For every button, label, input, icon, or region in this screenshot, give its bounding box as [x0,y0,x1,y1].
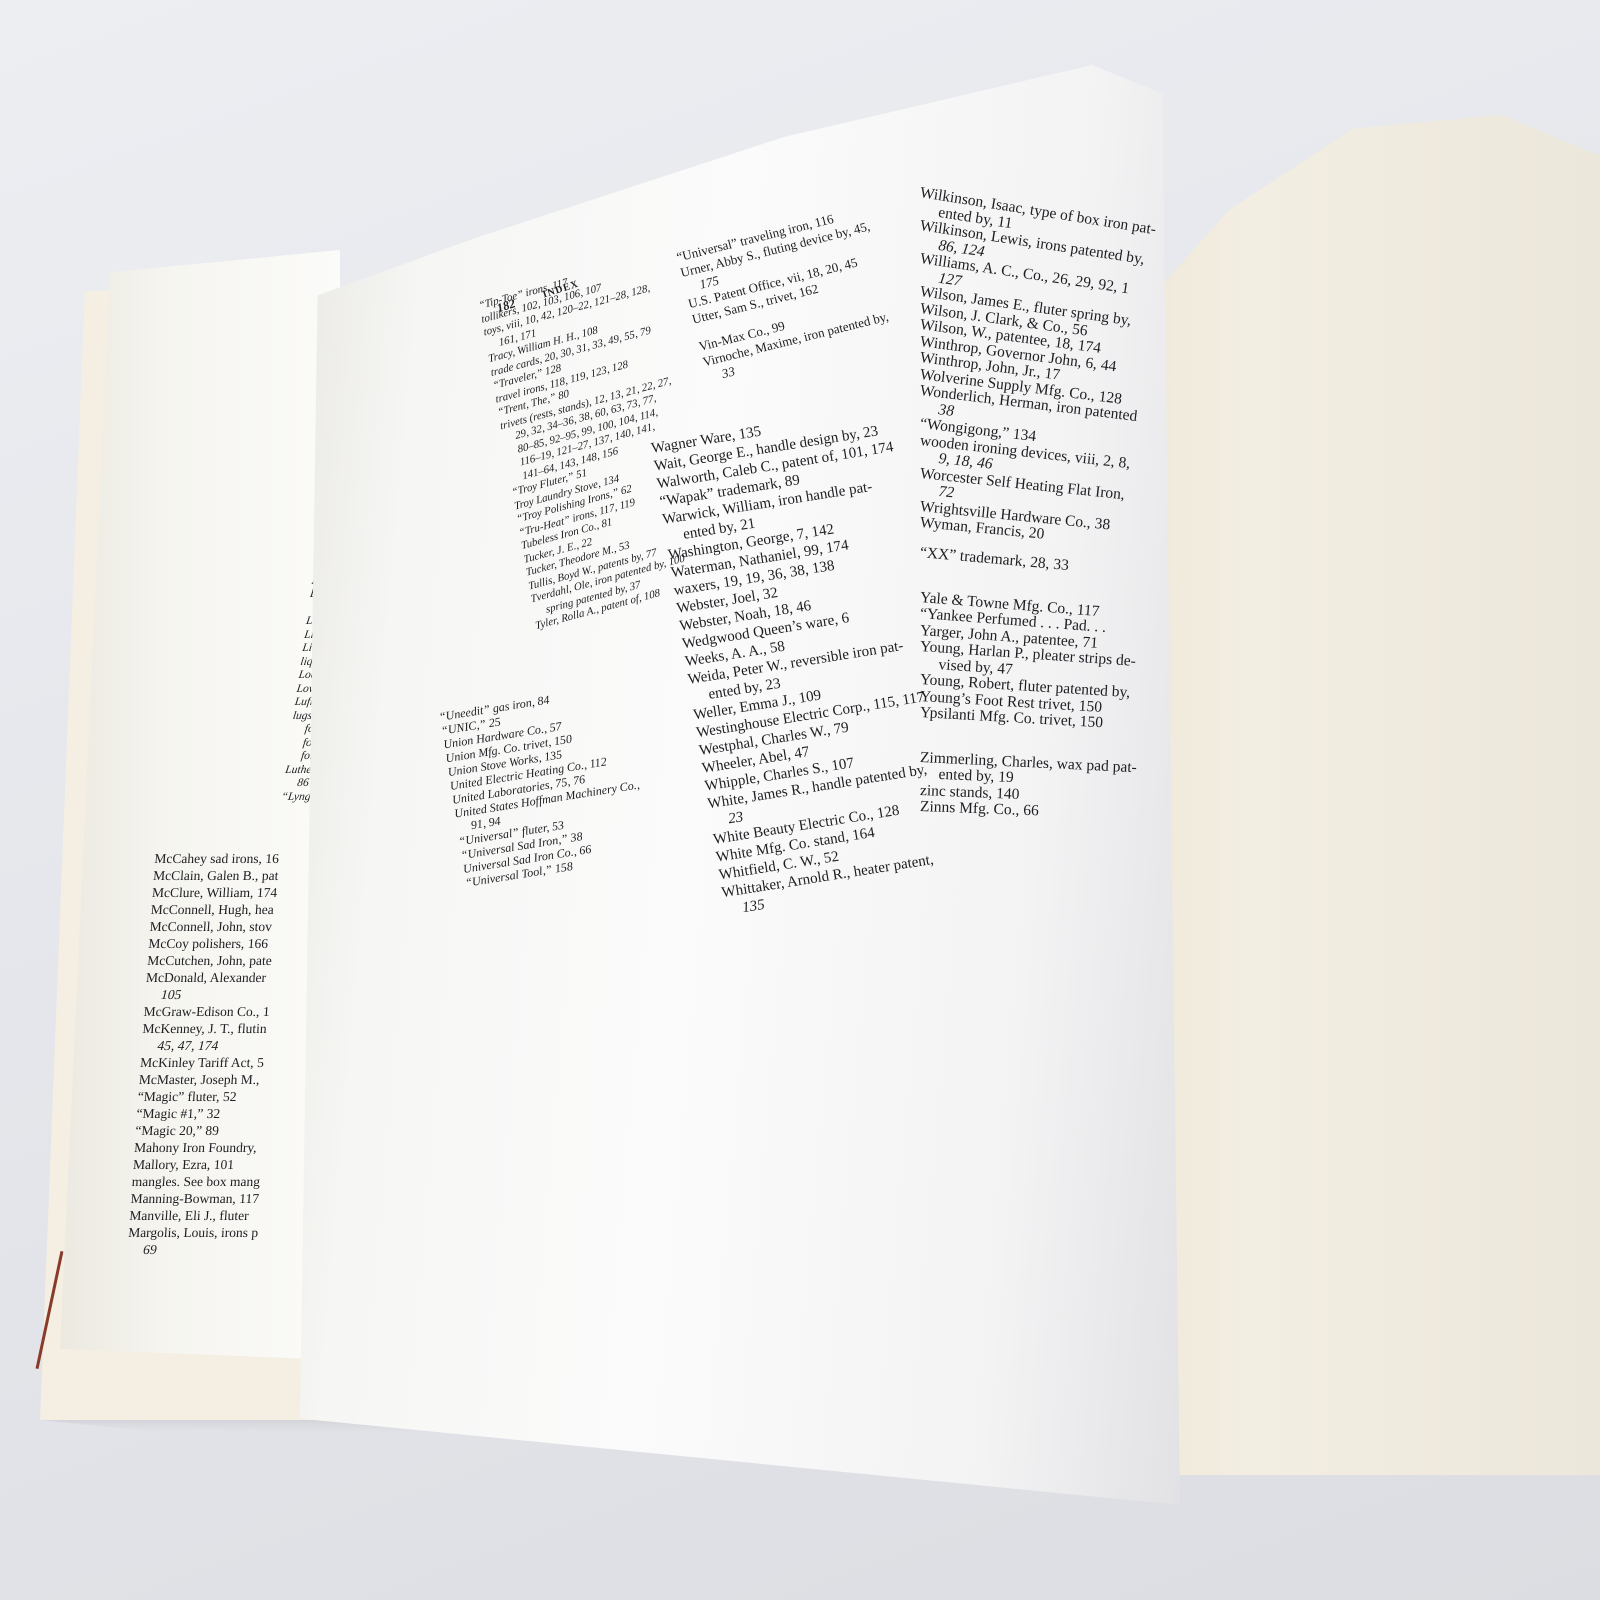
index-entry: McCahey sad irons, 16 [154,850,285,867]
index-entry: Margolis, Louis, irons p [128,1224,259,1241]
index-column-w-z: Wilkinson, Isaac, type of box iron pat-e… [920,185,1159,816]
index-entry: Manville, Eli J., fluter [129,1207,260,1224]
index-entry: McClain, Galen B., pat [153,867,284,884]
index-entry: McConnell, Hugh, hea [150,901,281,918]
index-entry: “Magic #1,” 32 [136,1105,267,1122]
index-entry: McClure, William, 174 [151,884,282,901]
index-entry: McCutchen, John, pate [147,952,278,969]
index-entry: Manning-Bowman, 117 [130,1190,261,1207]
index-entry: “Magic” fluter, 52 [137,1088,268,1105]
index-entry: Mahony Iron Foundry, [134,1139,265,1156]
index-entry: McGraw-Edison Co., 1 [143,1003,274,1020]
index-entry: 45, 47, 174 [141,1037,272,1054]
index-entry: 105 [144,986,275,1003]
index-entry: McDonald, Alexander [145,969,276,986]
index-column-lower: McCahey sad irons, 16McClain, Galen B., … [126,850,284,1258]
index-entry: McKinley Tariff Act, 5 [140,1054,271,1071]
index-entry: McConnell, John, stov [149,918,280,935]
index-entry: “Magic 20,” 89 [135,1122,266,1139]
index-entry: McMaster, Joseph M., [138,1071,269,1088]
index-entry: McCoy polishers, 166 [148,935,279,952]
index-entry: Mallory, Ezra, 101 [132,1156,263,1173]
index-entry: mangles. See box mang [131,1173,262,1190]
index-column-u: “Uneedit” gas iron, 84“UNIC,” 25Union Ha… [438,681,651,890]
index-entry: 69 [126,1241,257,1258]
index-entry: McKenney, J. T., flutin [142,1020,273,1037]
blank-facing-page [1105,115,1600,1475]
